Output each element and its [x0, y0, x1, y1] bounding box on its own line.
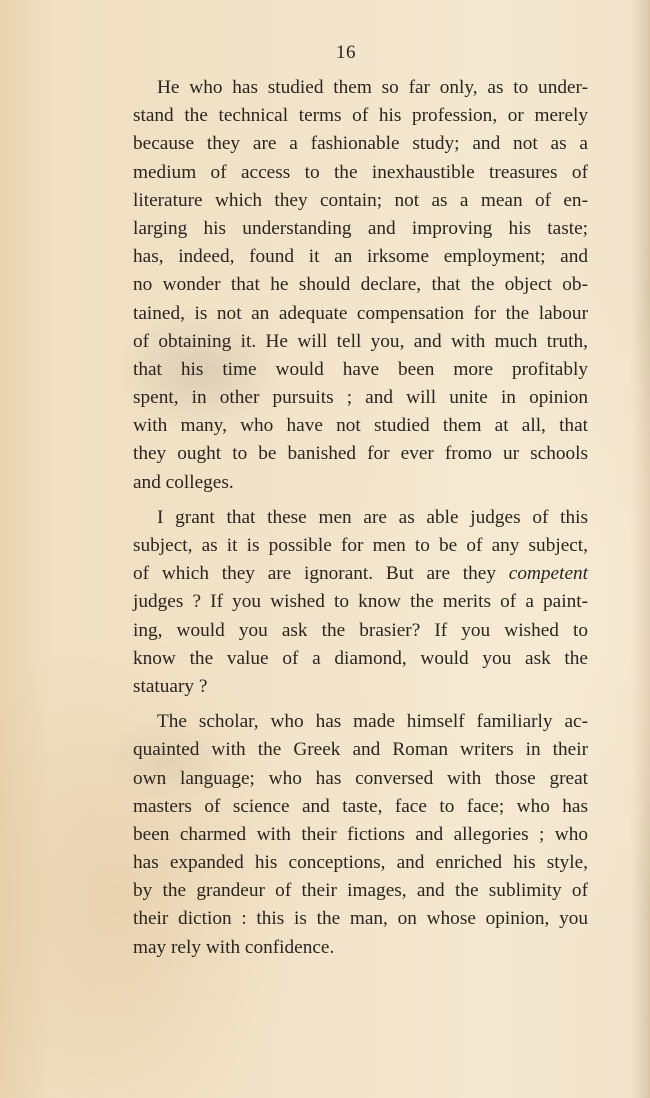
- text-line: larging his understanding and improving …: [133, 215, 588, 243]
- text-line: of obtaining it. He will tell you, and w…: [133, 328, 588, 356]
- text-line: been charmed with their fictions and all…: [133, 821, 588, 849]
- text-line: has expanded his conceptions, and enrich…: [133, 849, 588, 877]
- paragraph-3: The scholar, who has made himself famili…: [133, 708, 588, 962]
- text-line: spent, in other pursuits ; and will unit…: [133, 384, 588, 412]
- text-line: they ought to be banished for ever fromo…: [133, 440, 588, 468]
- text-line: The scholar, who has made himself famili…: [133, 708, 588, 736]
- text-line: statuary ?: [133, 673, 588, 701]
- text-line: by the grandeur of their images, and the…: [133, 877, 588, 905]
- paragraph-1: He who has studied them so far only, as …: [133, 74, 588, 497]
- text-line-with-emphasis: of which they are ignorant. But are they…: [133, 560, 588, 588]
- page-number: 16: [0, 42, 650, 64]
- text-line: I grant that these men are as able judge…: [133, 504, 588, 532]
- text-line: subject, as it is possible for men to be…: [133, 532, 588, 560]
- text-line: stand the technical terms of his profess…: [133, 102, 588, 130]
- text-line: and colleges.: [133, 469, 588, 497]
- text-segment: of which they are ignorant. But are they: [133, 563, 496, 584]
- text-line: own language; who has conversed with tho…: [133, 765, 588, 793]
- text-line: masters of science and taste, face to fa…: [133, 793, 588, 821]
- text-line: quainted with the Greek and Roman writer…: [133, 736, 588, 764]
- book-page: 16 He who has studied them so far only, …: [0, 0, 650, 1098]
- text-line: tained, is not an adequate compensation …: [133, 300, 588, 328]
- text-line: that his time would have been more profi…: [133, 356, 588, 384]
- paragraph-2: I grant that these men are as able judge…: [133, 504, 588, 701]
- text-line: with many, who have not studied them at …: [133, 412, 588, 440]
- text-line: medium of access to the inexhaustible tr…: [133, 159, 588, 187]
- text-line: has, indeed, found it an irksome employm…: [133, 243, 588, 271]
- text-line: their diction : this is the man, on whos…: [133, 905, 588, 933]
- text-line: no wonder that he should declare, that t…: [133, 271, 588, 299]
- text-line: ing, would you ask the brasier? If you w…: [133, 617, 588, 645]
- text-line: judges ? If you wished to know the merit…: [133, 588, 588, 616]
- text-line: may rely with confidence.: [133, 934, 588, 962]
- text-line: because they are a fashionable study; an…: [133, 130, 588, 158]
- emphasis-competent: competent: [509, 563, 588, 584]
- text-line: He who has studied them so far only, as …: [133, 74, 588, 102]
- text-line: know the value of a diamond, would you a…: [133, 645, 588, 673]
- text-line: literature which they contain; not as a …: [133, 187, 588, 215]
- body-text: He who has studied them so far only, as …: [133, 74, 588, 969]
